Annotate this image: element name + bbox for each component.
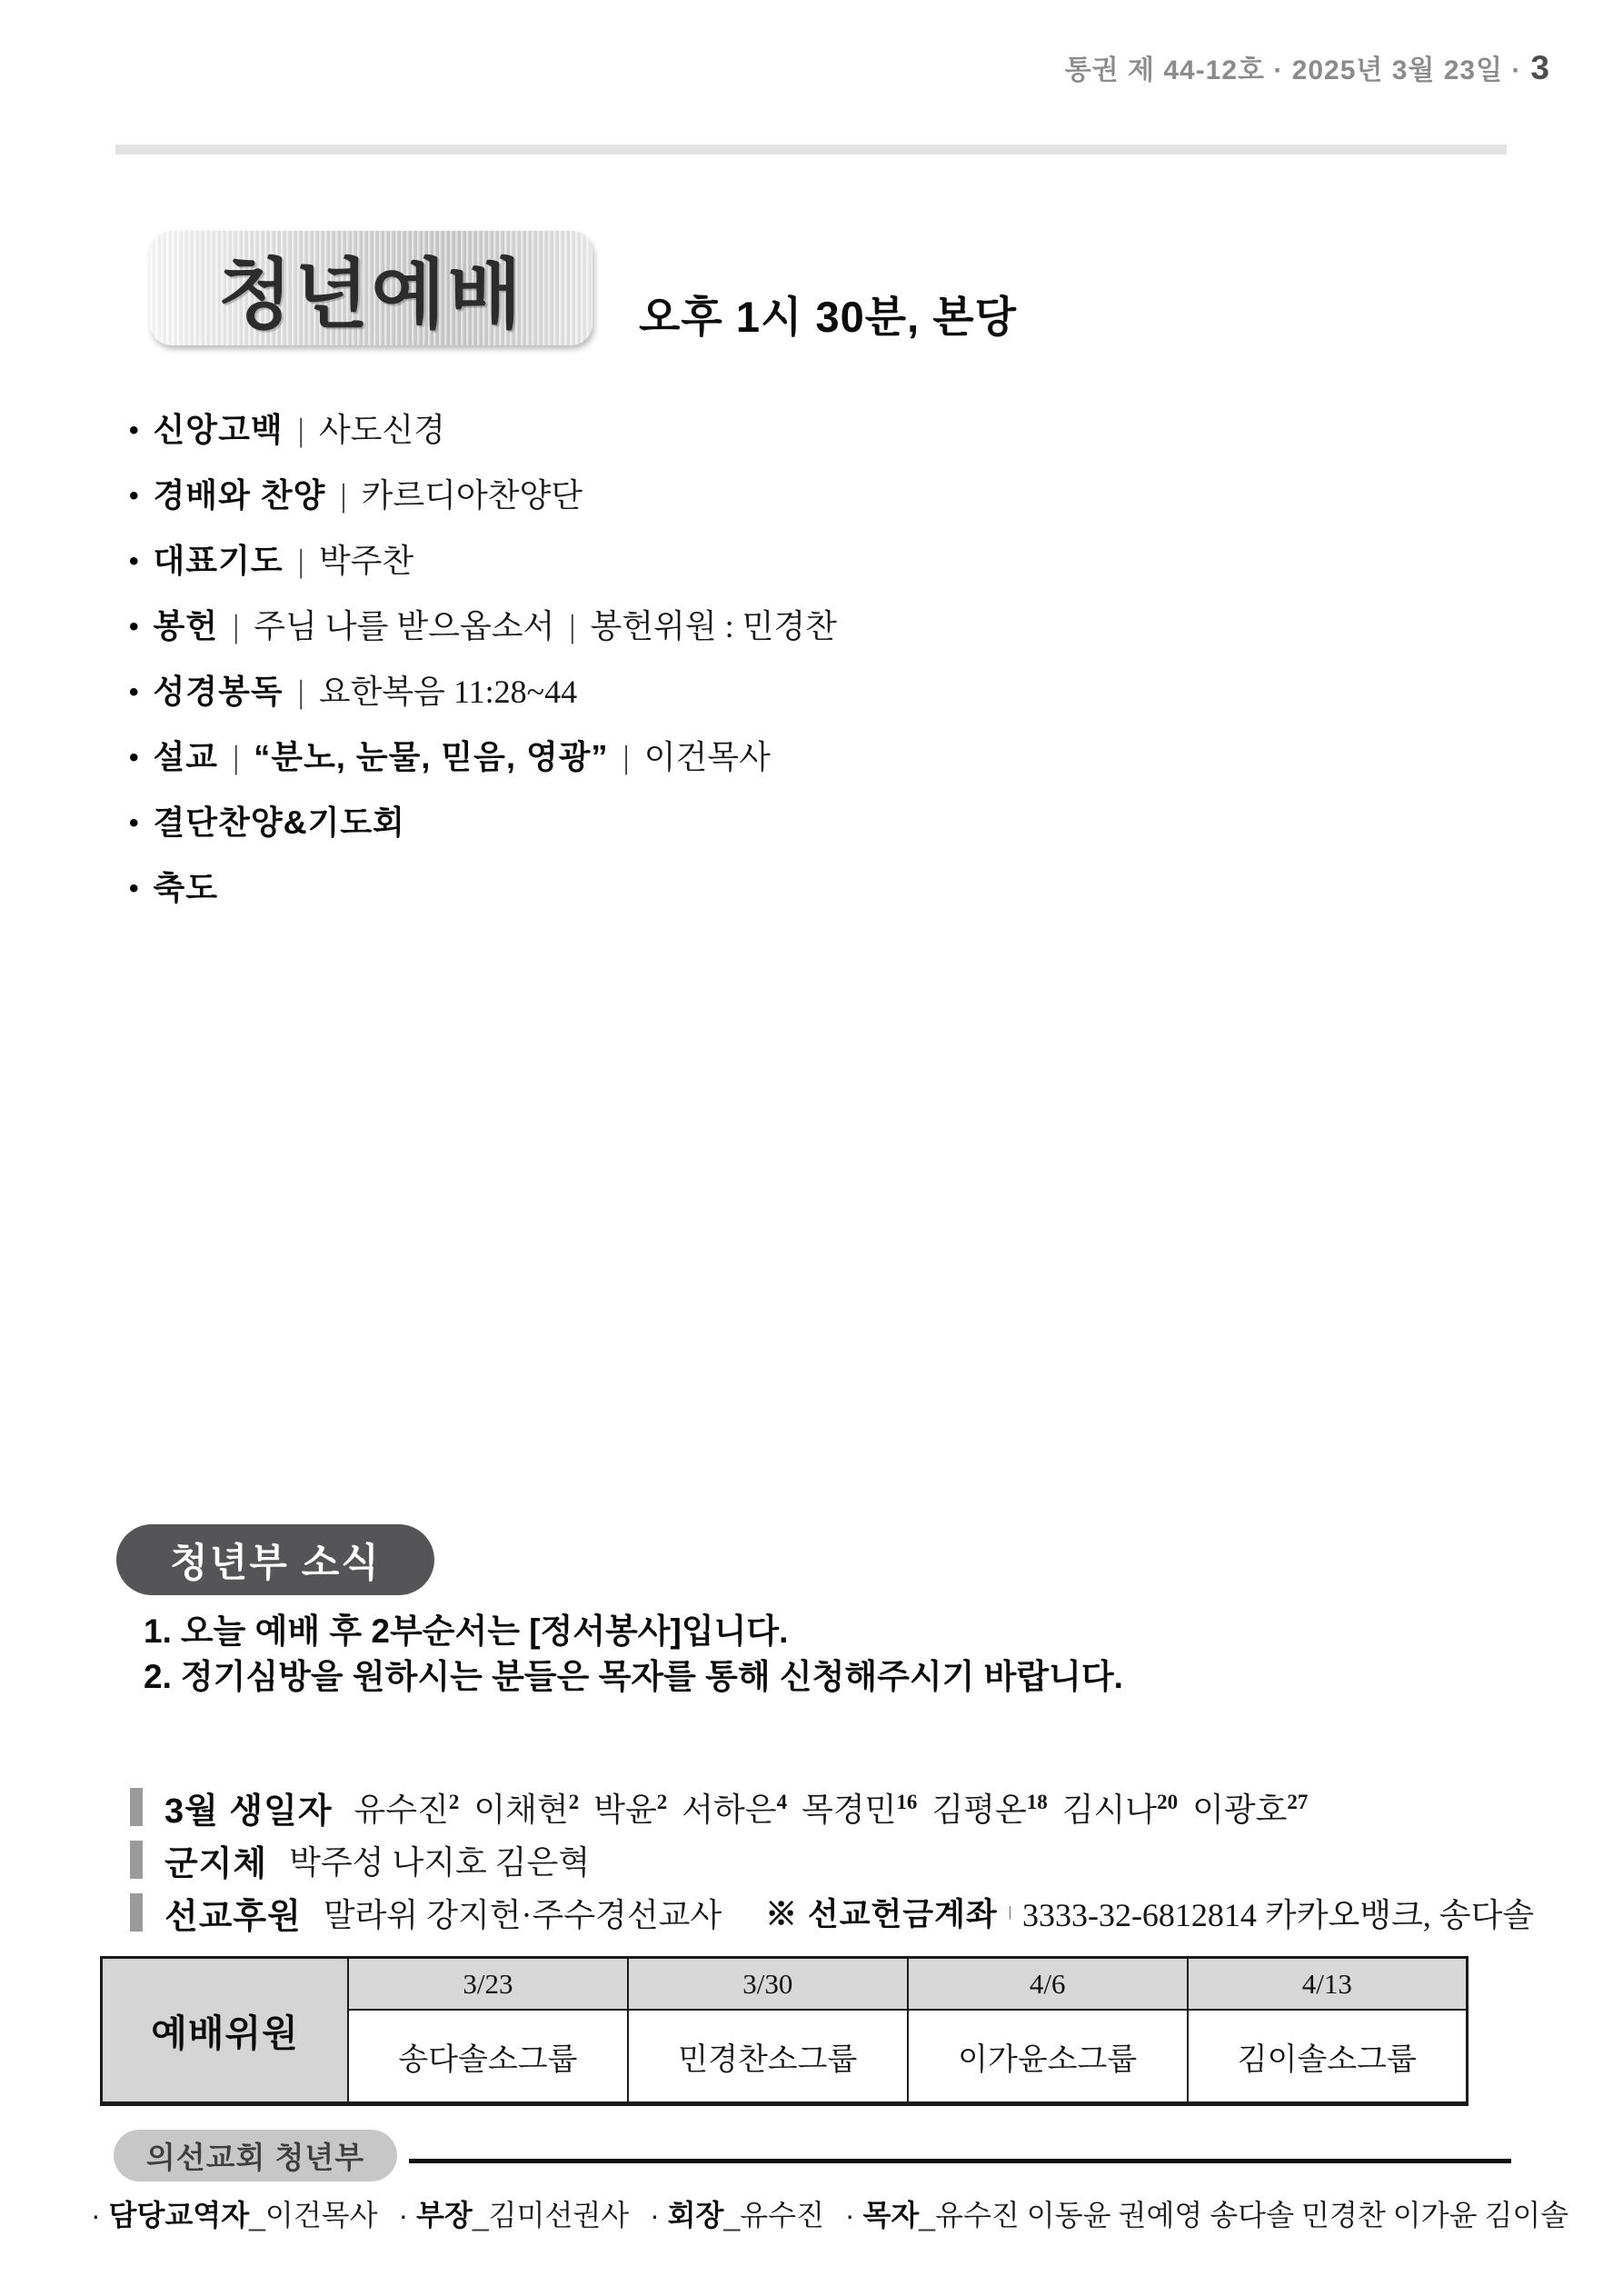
notice-number: 2. (144, 1658, 172, 1695)
worship-item-label: 축도 (154, 869, 219, 906)
table-date-cell: 3/30 (628, 1958, 908, 2011)
birthday-person: 김평온18 (931, 1784, 1047, 1831)
worship-item-label: 대표기도 (154, 542, 284, 579)
person-name: 서하은 (682, 1792, 776, 1828)
table-group-cell: 민경찬소그룹 (628, 2010, 908, 2104)
footer-divider-line (409, 2159, 1511, 2163)
staff-role-label: 회장 (668, 2199, 741, 2231)
staff-role-value: 유수진 이동윤 권예영 송다솔 민경찬 이가윤 김이솔 (935, 2199, 1568, 2231)
worship-title-badge: 청년예배 (150, 231, 592, 345)
worship-item-value: 사도신경 (319, 412, 445, 448)
issue-header: 통권 제 44-12호 · 2025년 3월 23일 · 3 (1065, 47, 1550, 87)
table-row: 예배위원 3/23 3/30 4/6 4/13 (102, 1958, 1468, 2011)
worship-item-label: 결단찬양&기도회 (154, 804, 405, 841)
mission-value: 말라위 강지헌·주수경선교사 (324, 1890, 722, 1936)
table-group-cell: 이가윤소그룹 (908, 2010, 1188, 2104)
birthday-row: 3월 생일자 유수진2 이채현2 박윤2 서하은4 목경민16 김평온18 김시… (130, 1781, 1534, 1833)
section-marker-bar (130, 1841, 143, 1879)
worship-item-value2: 봉헌위원 : 민경찬 (591, 608, 837, 644)
table-date-cell: 4/6 (908, 1958, 1188, 2011)
notice-text: 정기심방을 원하시는 분들은 목자를 통해 신청해주시기 바랍니다. (181, 1658, 1123, 1695)
military-label: 군지체 (164, 1835, 267, 1885)
notice-number: 1. (144, 1612, 172, 1650)
birthday-label: 3월 생일자 (164, 1782, 333, 1832)
info-rows: 3월 생일자 유수진2 이채현2 박윤2 서하은4 목경민16 김평온18 김시… (130, 1781, 1534, 1939)
worship-order-list: •신앙고백사도신경 •경배와 찬양카르디아찬양단 •대표기도박주찬 •봉헌주님 … (129, 397, 837, 921)
mission-label: 선교후원 (164, 1888, 302, 1938)
person-day: 18 (1027, 1791, 1048, 1813)
person-day: 20 (1157, 1791, 1178, 1813)
staff-role: 회장유수진 (650, 2199, 824, 2231)
header-divider (115, 145, 1507, 155)
worship-committee-table: 예배위원 3/23 3/30 4/6 4/13 송다솔소그룹 민경찬소그룹 이가… (100, 1956, 1469, 2106)
worship-item-label: 경배와 찬양 (154, 476, 326, 514)
military-row: 군지체 박주성 나지호 김은혁 (130, 1833, 1534, 1886)
birthday-person: 박윤2 (593, 1784, 667, 1831)
staff-role: 담당교역자이건목사 (91, 2199, 378, 2231)
separator (298, 528, 304, 594)
notice-list: 1.오늘 예배 후 2부순서는 [정서봉사]입니다. 2.정기심방을 원하시는 … (144, 1609, 1123, 1700)
worship-item: •신앙고백사도신경 (129, 397, 837, 463)
bullet-icon: • (129, 546, 139, 576)
news-section-badge: 청년부 소식 (116, 1524, 434, 1595)
military-names: 박주성 나지호 김은혁 (289, 1837, 590, 1883)
separator (298, 659, 304, 724)
birthday-person: 유수진2 (354, 1784, 460, 1831)
news-badge-label: 청년부 소식 (170, 1532, 381, 1588)
bullet-icon: • (129, 873, 139, 903)
staff-role: 부장김미선권사 (398, 2199, 629, 2231)
section-marker-bar (130, 1893, 143, 1932)
separator (233, 724, 239, 790)
person-day: 16 (896, 1791, 917, 1813)
birthday-person: 서하은4 (682, 1784, 787, 1831)
worship-item: •봉헌주님 나를 받으옵소서봉헌위원 : 민경찬 (129, 594, 837, 659)
bullet-icon: • (129, 481, 139, 511)
person-name: 이채현 (473, 1792, 568, 1828)
person-name: 김평온 (931, 1792, 1026, 1828)
worship-item: •경배와 찬양카르디아찬양단 (129, 463, 837, 528)
staff-role: 목자유수진 이동윤 권예영 송다솔 민경찬 이가윤 김이솔 (845, 2199, 1568, 2231)
page-number: 3 (1530, 49, 1550, 87)
bullet-icon: • (129, 743, 139, 773)
staff-role-label: 부장 (416, 2199, 489, 2231)
worship-item-label: 설교 (154, 738, 219, 775)
worship-item-value: 주님 나를 받으옵소서 (254, 608, 554, 644)
table-date-cell: 3/23 (348, 1958, 628, 2011)
separator (569, 594, 575, 659)
bullet-icon: • (129, 677, 139, 707)
birthday-person: 목경민16 (802, 1784, 917, 1831)
separator (233, 594, 239, 659)
worship-item: •성경봉독요한복음 11:28~44 (129, 659, 837, 724)
sermon-title: “분노, 눈물, 믿음, 영광” (254, 738, 608, 775)
table-group-cell: 김이솔소그룹 (1188, 2010, 1468, 2104)
separator (623, 724, 630, 790)
worship-item: •대표기도박주찬 (129, 528, 837, 594)
worship-item: •설교“분노, 눈물, 믿음, 영광”이건목사 (129, 724, 837, 790)
bullet-icon: • (129, 808, 139, 838)
worship-title: 청년예배 (218, 234, 524, 344)
table-date-cell: 4/13 (1188, 1958, 1468, 2011)
mission-row: 선교후원 말라위 강지헌·주수경선교사 ※ 선교헌금계좌 3333-32-681… (130, 1886, 1534, 1939)
person-day: 2 (569, 1791, 580, 1813)
person-day: 27 (1287, 1791, 1308, 1813)
worship-item-value: 카르디아찬양단 (362, 477, 582, 514)
worship-item: •축도 (129, 855, 837, 921)
separator (340, 463, 346, 528)
person-name: 김시나 (1062, 1792, 1157, 1828)
birthday-person: 이광호27 (1192, 1784, 1308, 1831)
staff-role-label: 목자 (862, 2199, 935, 2231)
birthday-person: 이채현2 (473, 1784, 579, 1831)
staff-role-value: 김미선권사 (489, 2199, 630, 2231)
person-name: 박윤 (593, 1792, 657, 1828)
worship-item-label: 봉헌 (154, 607, 219, 644)
worship-item-value: 요한복음 11:28~44 (319, 674, 577, 710)
worship-item-value: 박주찬 (319, 543, 413, 579)
issue-info: 통권 제 44-12호 · 2025년 3월 23일 · (1065, 47, 1522, 87)
person-name: 목경민 (802, 1792, 896, 1828)
worship-item-label: 신앙고백 (154, 411, 284, 448)
notice-text: 오늘 예배 후 2부순서는 [정서봉사]입니다. (181, 1612, 789, 1650)
person-name: 이광호 (1192, 1792, 1287, 1828)
staff-role-value: 이건목사 (265, 2199, 378, 2231)
separator (298, 397, 304, 463)
notice-item: 1.오늘 예배 후 2부순서는 [정서봉사]입니다. (144, 1609, 1123, 1654)
birthday-person: 김시나20 (1062, 1784, 1178, 1831)
table-group-cell: 송다솔소그룹 (348, 2010, 628, 2104)
person-name: 유수진 (354, 1792, 449, 1828)
bulletin-page: 통권 제 44-12호 · 2025년 3월 23일 · 3 청년예배 오후 1… (0, 0, 1623, 2296)
footer-org-badge: 의선교회 청년부 (114, 2130, 397, 2181)
worship-time-place: 오후 1시 30분, 본당 (639, 284, 1017, 344)
preacher-name: 이건목사 (644, 739, 771, 775)
bullet-icon: • (129, 415, 139, 445)
mission-account-label: ※ 선교헌금계좌 (765, 1890, 998, 1935)
section-marker-bar (130, 1788, 143, 1826)
worship-item: •결단찬양&기도회 (129, 790, 837, 855)
notice-item: 2.정기심방을 원하시는 분들은 목자를 통해 신청해주시기 바랍니다. (144, 1654, 1123, 1700)
staff-role-value: 유수진 (740, 2199, 824, 2231)
footer-staff-list: 담당교역자이건목사 부장김미선권사 회장유수진 목자유수진 이동윤 권예영 송다… (91, 2192, 1581, 2234)
mission-account-value: 3333-32-6812814 카카오뱅크, 송다솔 (1022, 1890, 1534, 1936)
separator (1009, 1904, 1011, 1921)
person-day: 4 (777, 1791, 788, 1813)
person-day: 2 (657, 1791, 668, 1813)
bullet-icon: • (129, 612, 139, 642)
footer-org-label: 의선교회 청년부 (146, 2134, 364, 2177)
table-row-header: 예배위원 (102, 1958, 349, 2104)
person-day: 2 (449, 1791, 460, 1813)
worship-item-label: 성경봉독 (154, 673, 284, 710)
staff-role-label: 담당교역자 (109, 2199, 265, 2231)
